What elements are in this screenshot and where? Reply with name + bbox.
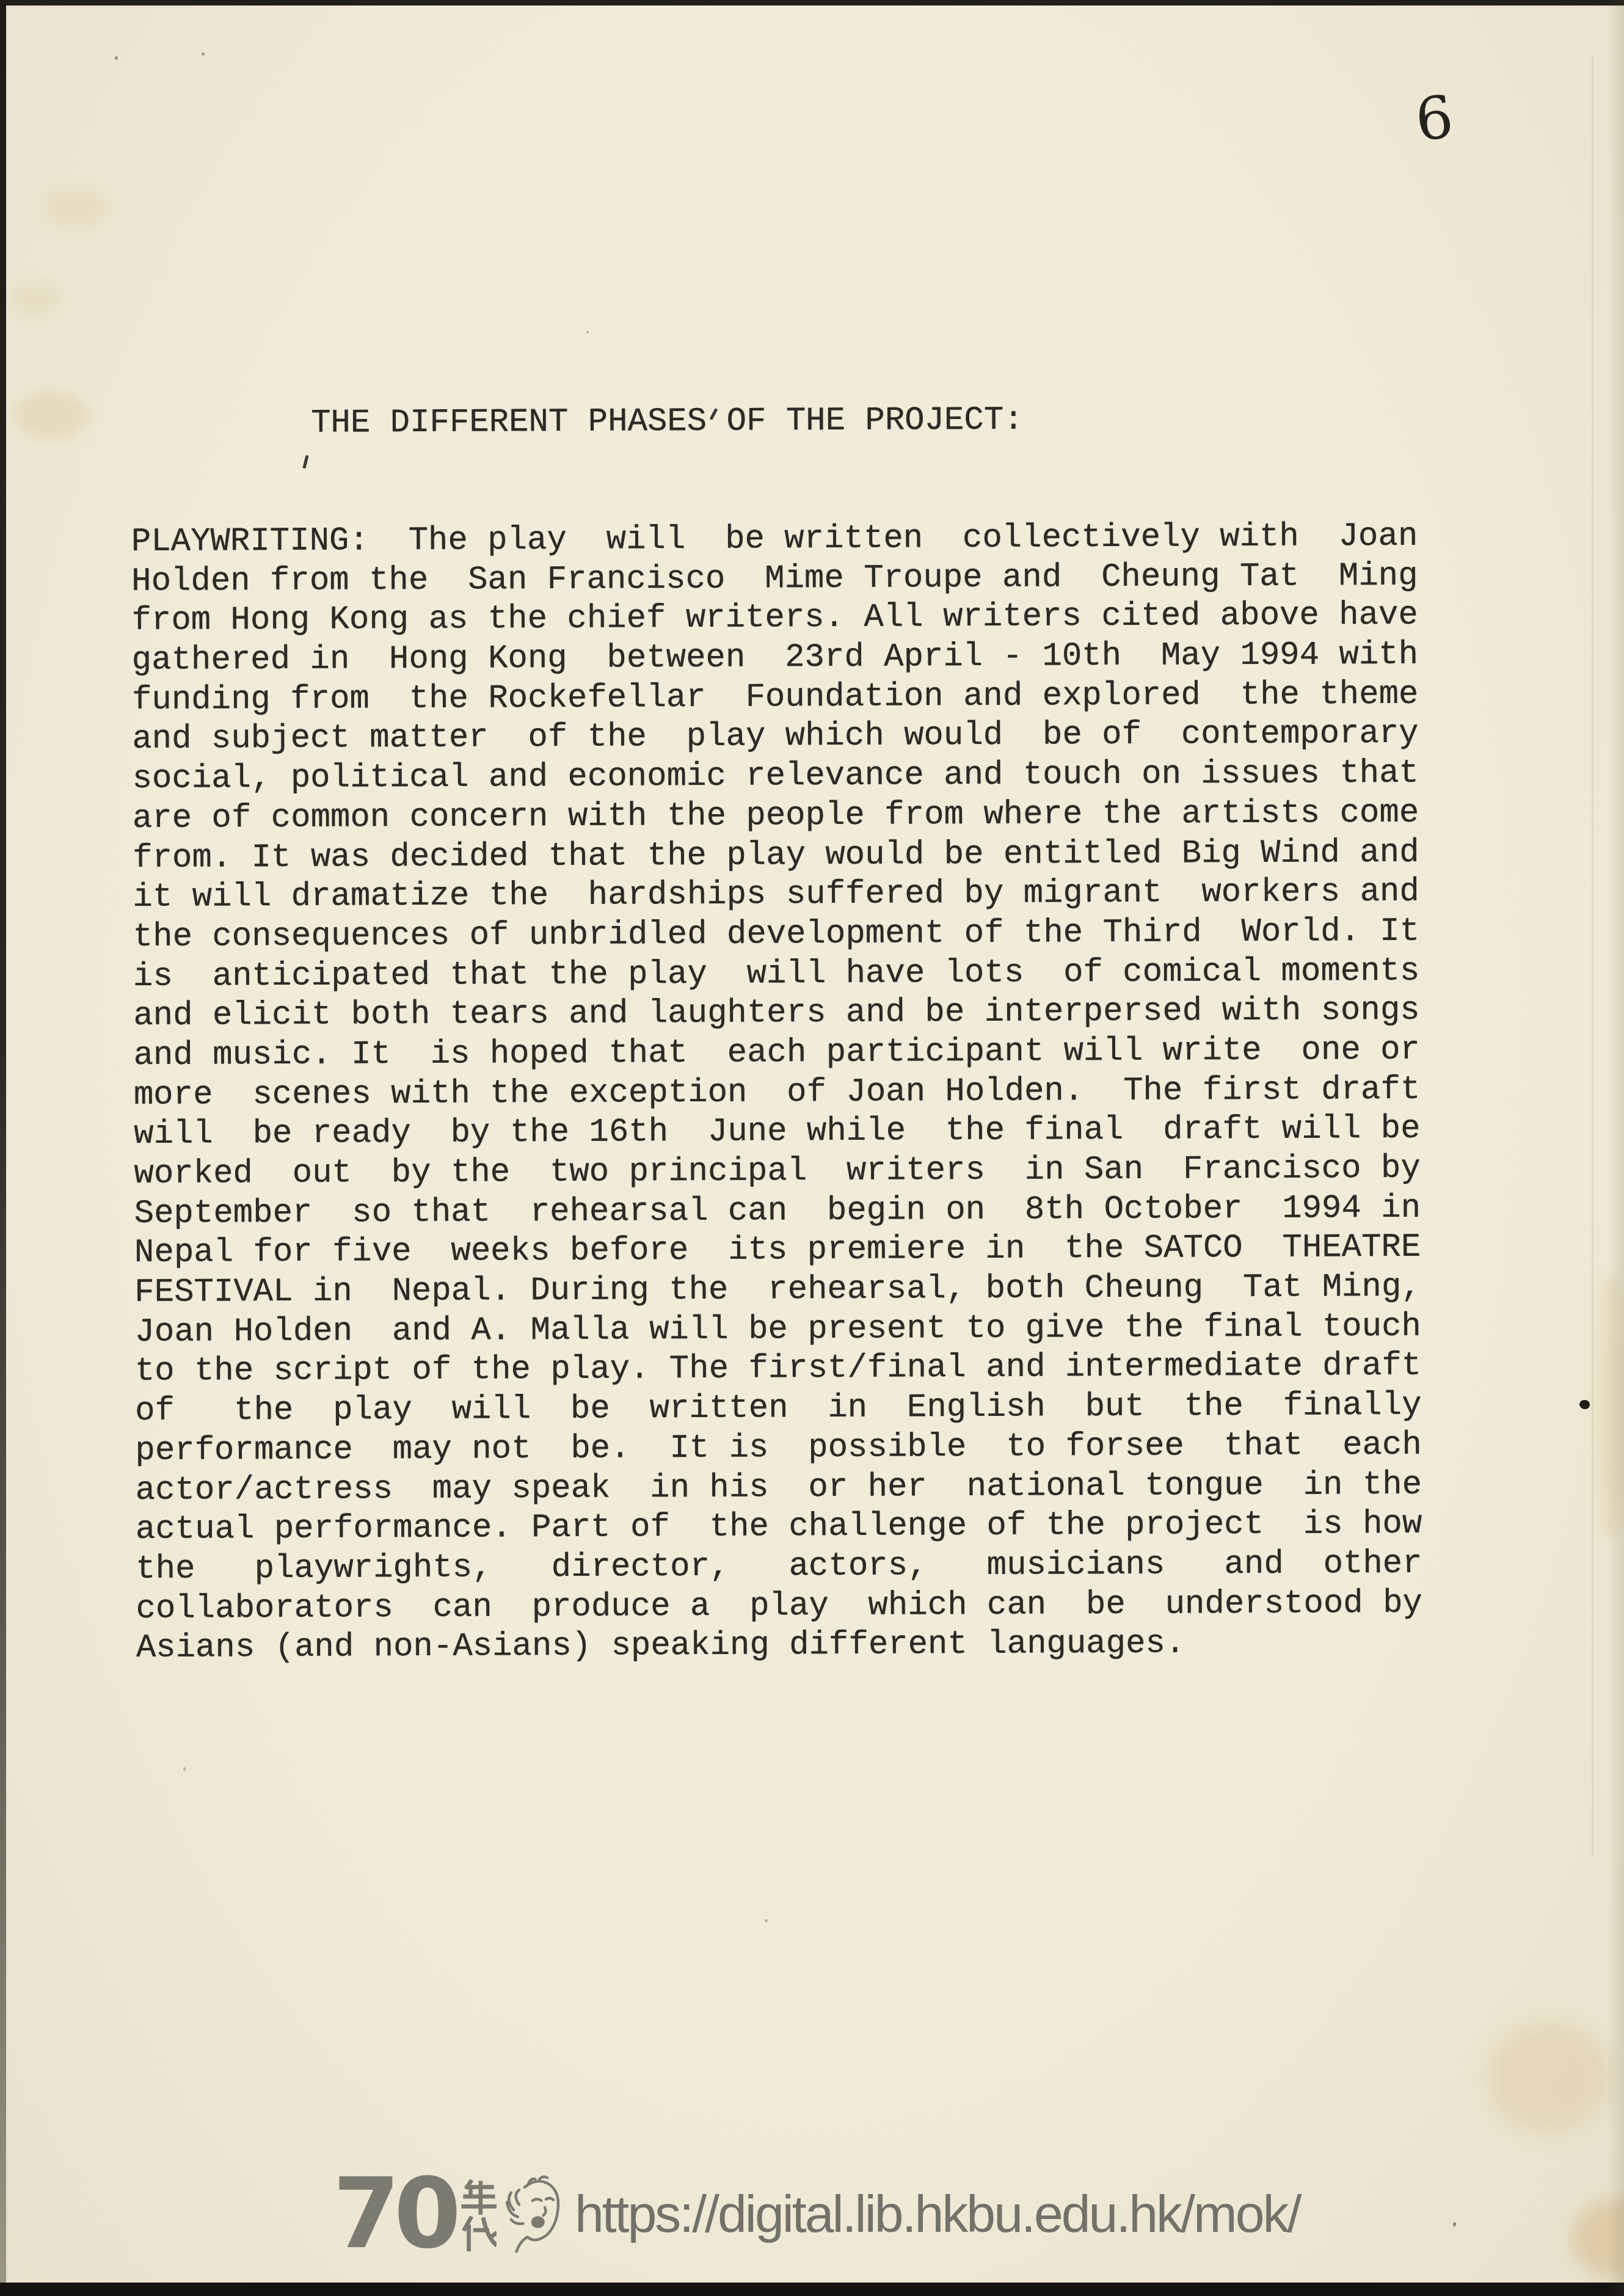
dust-speck xyxy=(202,53,205,56)
body-line: funding from the Rockefellar Foundation … xyxy=(132,676,1419,721)
scan-edge-left xyxy=(0,0,6,2296)
paper-stain xyxy=(1487,2022,1609,2132)
body-line: worked out by the two principal writers … xyxy=(134,1150,1421,1195)
body-line: social, political and economic relevance… xyxy=(133,754,1419,800)
body-line: Asians (and non-Asians) speaking differe… xyxy=(136,1624,1423,1669)
document-title: THE DIFFERENT PHASES OF THE PROJECT: xyxy=(311,402,1024,442)
body-line: the consequences of unbridled developmen… xyxy=(133,913,1420,958)
library-watermark: 70年代 70 xyxy=(333,2168,1300,2260)
body-line: and music. It is hoped that each partici… xyxy=(133,1031,1420,1076)
body-line: actual performance. Part of the challeng… xyxy=(136,1505,1422,1550)
body-line: collaborators can produce a play which c… xyxy=(136,1584,1422,1629)
paper-stain xyxy=(15,391,89,440)
body-line: gathered in Hong Kong between 23rd April… xyxy=(132,636,1419,681)
paper-crease xyxy=(1592,55,1593,1857)
body-line: of the play will be written in English b… xyxy=(135,1387,1422,1432)
body-paragraph: PLAYWRITING: The play will be written co… xyxy=(131,517,1423,1669)
body-line: more scenes with the exception of Joan H… xyxy=(134,1070,1421,1115)
body-line: the playwrights, director, actors, music… xyxy=(136,1545,1422,1590)
shouting-face-icon xyxy=(499,2172,566,2258)
body-line: is anticipated that the play will have l… xyxy=(133,952,1420,997)
scan-edge-top xyxy=(0,0,1624,5)
handwritten-page-number: 6 xyxy=(1412,82,1456,155)
body-line: actor/actress may speak in his or her na… xyxy=(136,1465,1422,1511)
body-line: from Hong Kong as the chief writers. All… xyxy=(131,596,1418,641)
watermark-url: https://digital.lib.hkbu.edu.hk/mok/ xyxy=(575,2168,1300,2260)
body-line: and elicit both tears and laughters and … xyxy=(133,991,1420,1037)
body-line: September so that rehearsal can begin on… xyxy=(134,1189,1421,1234)
body-line: to the script of the play. The first/fin… xyxy=(135,1347,1422,1392)
nian-dai-glyphs-icon xyxy=(461,2179,497,2251)
paper-stain xyxy=(43,186,110,229)
ink-blot xyxy=(1579,1400,1590,1409)
dust-speck xyxy=(183,1767,186,1771)
dust-speck xyxy=(115,56,118,60)
body-line: PLAYWRITING: The play will be written co… xyxy=(131,517,1418,563)
body-line: will be ready by the 16th June while the… xyxy=(134,1110,1421,1155)
body-line: FESTIVAL in Nepal. During the rehearsal,… xyxy=(134,1268,1421,1313)
body-line: Joan Holden and A. Malla will be present… xyxy=(134,1308,1421,1353)
dust-speck xyxy=(765,1919,768,1922)
body-line: Nepal for five weeks before its premiere… xyxy=(134,1228,1421,1274)
scanned-document-page: 6 THE DIFFERENT PHASES OF THE PROJECT: P… xyxy=(0,0,1624,2296)
body-line: from. It was decided that the play would… xyxy=(133,833,1419,878)
dai-glyph-icon xyxy=(461,2216,497,2251)
scan-edge-right xyxy=(1607,0,1624,2296)
scan-edge-bottom xyxy=(0,2283,1624,2296)
body-line: it will dramatize the hardships suffered… xyxy=(133,873,1419,918)
nian-glyph-icon xyxy=(461,2179,497,2215)
dust-speck xyxy=(1453,2222,1456,2226)
body-line: performance may not be. It is possible t… xyxy=(135,1426,1422,1471)
body-line: are of common concern with the people fr… xyxy=(133,794,1419,839)
seventies-logo-number: 70 xyxy=(333,2168,455,2260)
stray-pen-mark xyxy=(302,455,308,469)
body-line: Holden from the San Francisco Mime Troup… xyxy=(131,556,1418,602)
paper-stain xyxy=(12,281,61,318)
dust-speck xyxy=(586,331,589,333)
body-line: and subject matter of the play which wou… xyxy=(132,715,1419,760)
